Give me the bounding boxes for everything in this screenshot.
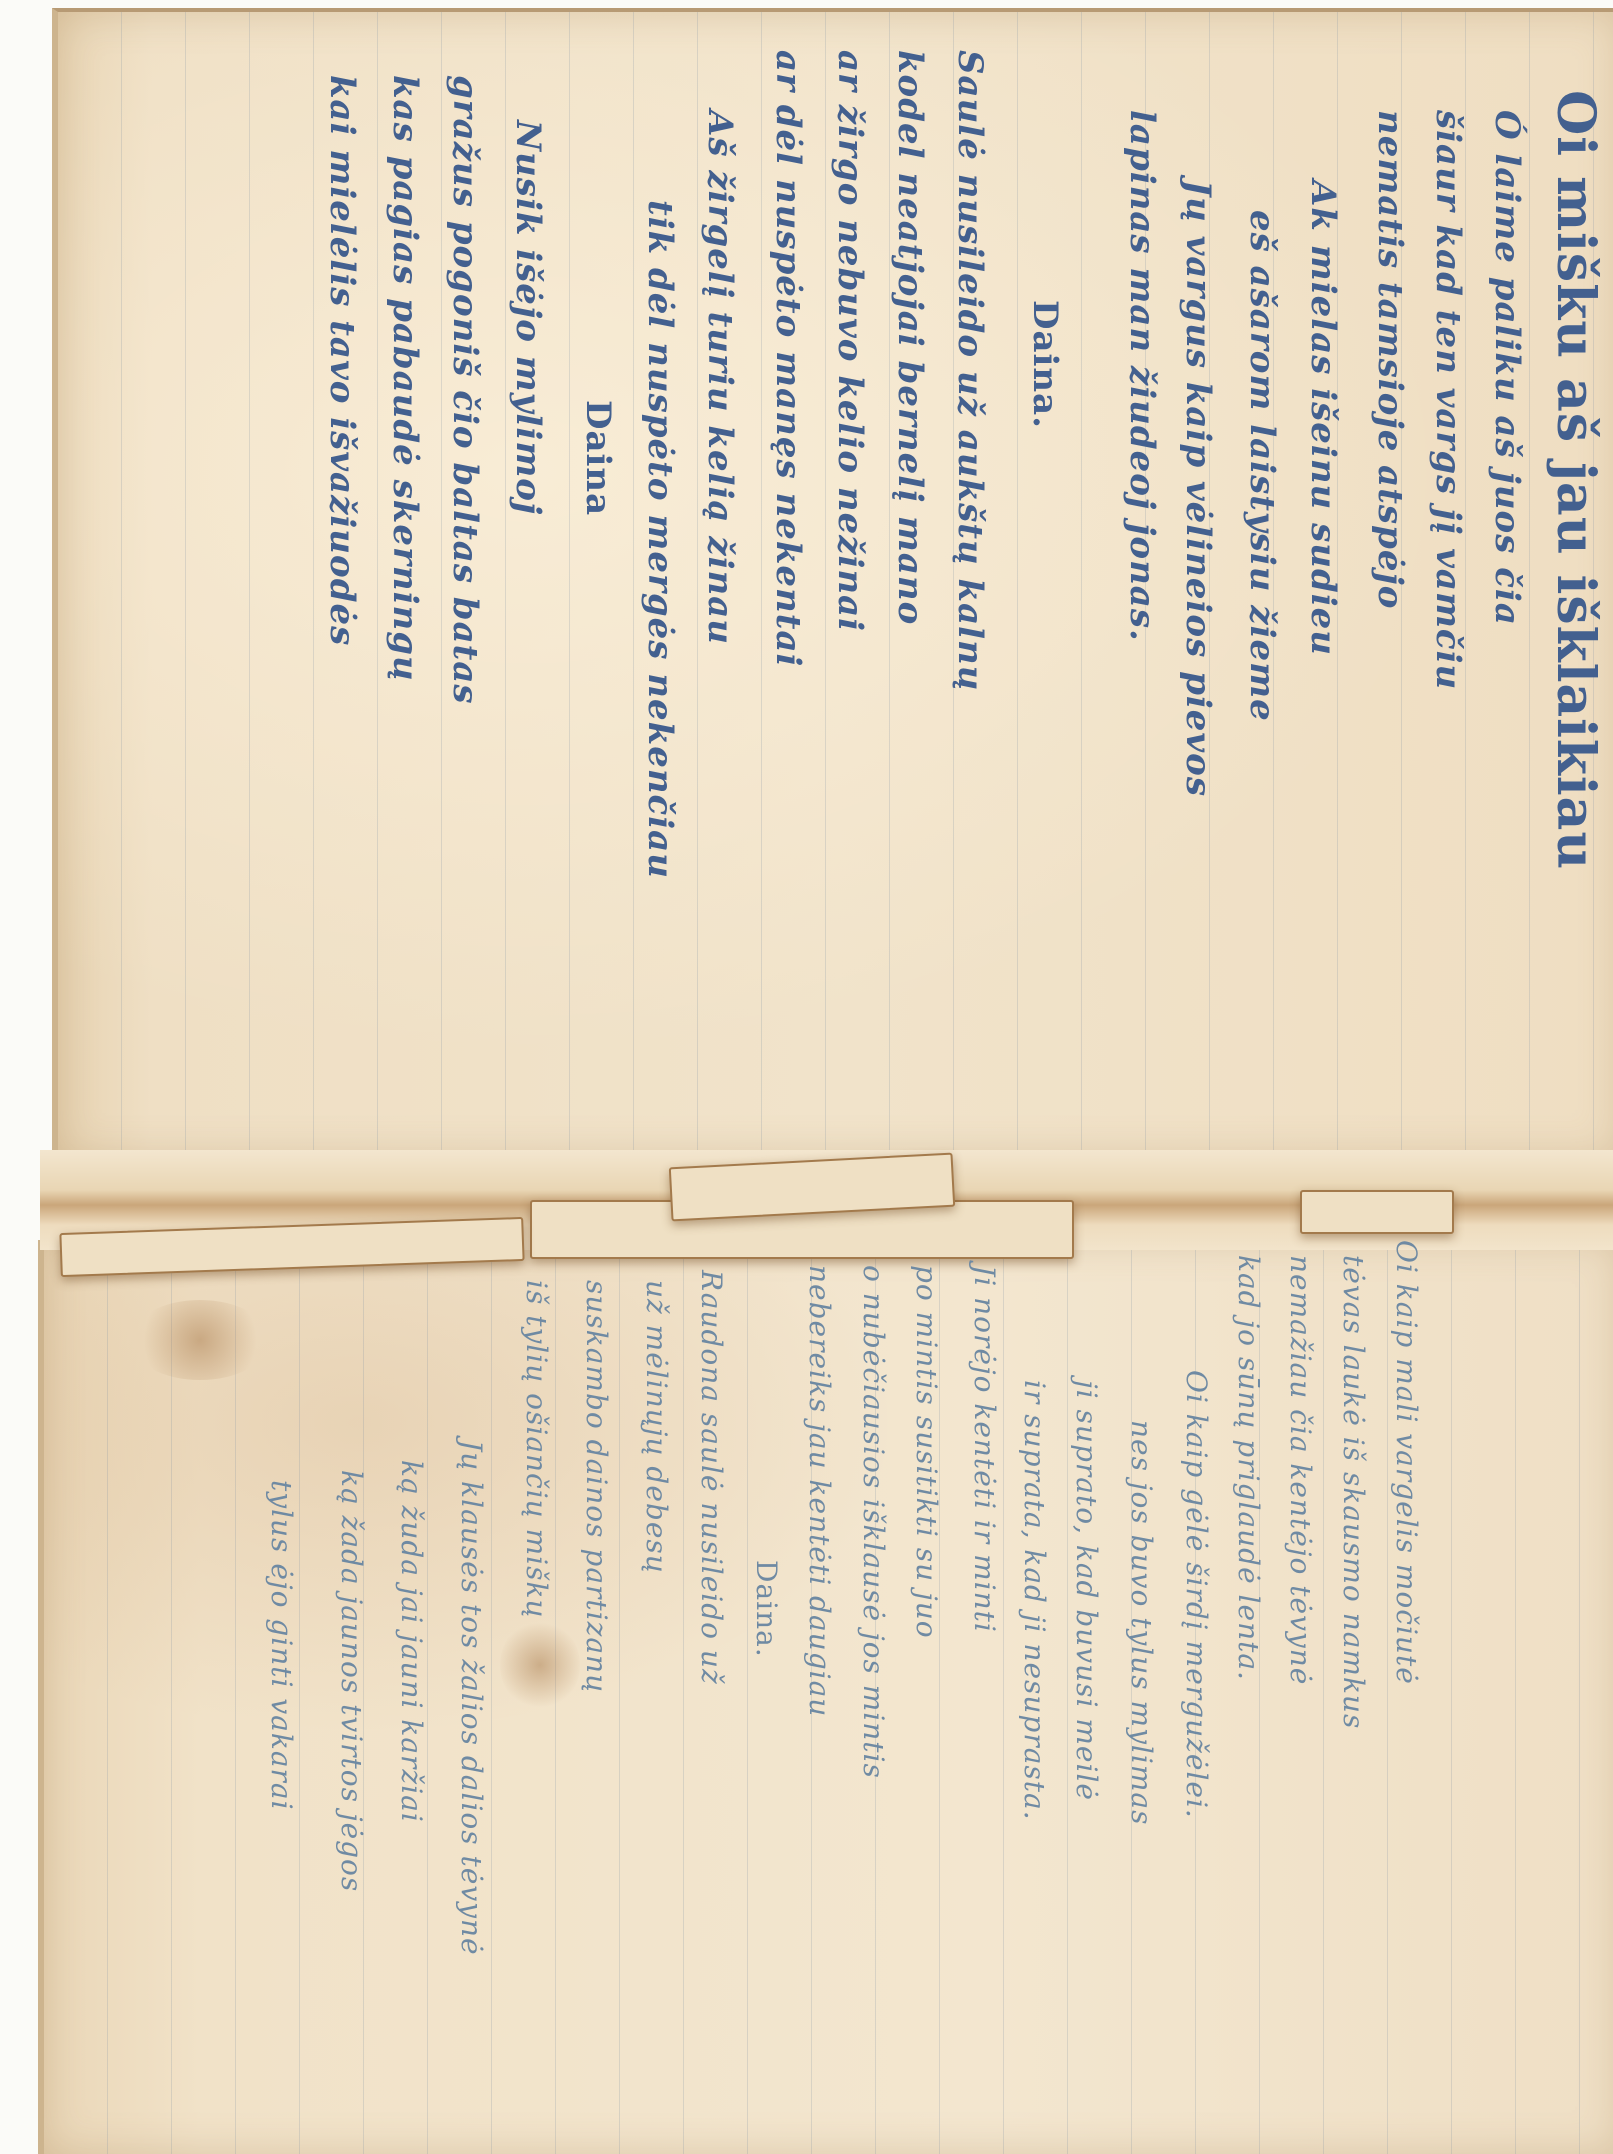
poem-line: kai mielėlis tavo išvažiuodės	[322, 75, 362, 646]
poem-line: Jų vargus kaip vėlineios pievos	[1178, 180, 1218, 797]
water-stain	[500, 1620, 580, 1710]
poem-line: Ak mielas išeinu sudieu	[1303, 180, 1343, 656]
poem-line: nematis tamsioje atspėjo	[1370, 110, 1410, 609]
poem-line: eš ašarom laistysiu žieme	[1242, 210, 1282, 722]
poem-line: ką žuda jai jauni karžiai	[395, 1460, 428, 1823]
poem-line: Ji norėjo kentėti ir minti	[968, 1265, 1001, 1633]
poem-line: kas pagias pabaudė skerningų	[385, 75, 425, 682]
song-heading: Daina.	[1025, 300, 1065, 429]
poem-line: Ó laime paliku aš juos čia	[1487, 110, 1527, 626]
poem-line: Raudona saulė nusileido už	[695, 1270, 728, 1685]
poem-line: ar dėl nuspėto manęs nekentai	[768, 50, 808, 667]
poem-line: suskambo dainos partizanų	[580, 1280, 613, 1693]
poem-line: nemažiau čia kentėjo tėvynė	[1284, 1255, 1317, 1685]
poem-line: Saulė nusileido už aukštų kalnų	[950, 50, 990, 691]
poem-line: Nusik išėjo mylimoj	[508, 120, 548, 515]
poem-line: o nubėčiausios išklausė jos mintis	[857, 1265, 890, 1779]
poem-line: ar žirgo nebuvo kelio nežinai	[830, 50, 870, 632]
poem-line: po mintis susitikti su juo	[910, 1265, 943, 1639]
poem-line: lapinas man žiudeoj jonas.	[1122, 110, 1162, 642]
poem-line: Jų klausės tos žalios dalios tėvynė	[455, 1440, 488, 1956]
torn-paper-flap	[1300, 1190, 1454, 1234]
poem-line: tik dėl nuspėto mergės nekenčiau	[640, 200, 680, 879]
poem-line: kad jo sūnų priglaudė lenta.	[1232, 1255, 1265, 1681]
poem-line: iš tylių ošiančių miškų	[520, 1280, 553, 1619]
poem-line: Oi kaip mali vargelis močiutė	[1390, 1240, 1423, 1685]
poem-line: nebereiks jau kentėti daugiau	[803, 1265, 836, 1717]
poem-line: už mėlinųjų debesų	[640, 1280, 673, 1574]
poem-line: kodel neatjojai bernelį mano	[890, 50, 930, 625]
poem-line: Oi kaip gėlė širdį mergužėlei.	[1180, 1370, 1213, 1819]
song-heading: Daina.	[750, 1560, 783, 1658]
poem-line: Aš žirgelį turiu kelią žinau	[700, 110, 740, 645]
poem-line: tėvas laukė iš skausmo namkus	[1337, 1255, 1370, 1729]
poem-line: ką žada jaunos tvirtos jėgos	[335, 1470, 368, 1892]
poem-line: gražus pogoniš čio baltas batas	[445, 75, 485, 705]
poem-line: Oi mišku aš jau išklaikiau	[1545, 90, 1606, 870]
poem-line: šiaur kad ten vargs jį vamčiu	[1428, 110, 1468, 690]
poem-line: ji suprato, kad buvusi meilė	[1070, 1380, 1103, 1801]
poem-line: ir suprata, kad ji nesuprasta.	[1018, 1380, 1051, 1821]
song-heading: Daina	[578, 400, 618, 516]
poem-line: tylus ėjo ginti vakarai	[265, 1480, 298, 1811]
water-stain	[130, 1300, 270, 1380]
poem-line: nes jos buvo tylus mylimas	[1125, 1420, 1158, 1825]
